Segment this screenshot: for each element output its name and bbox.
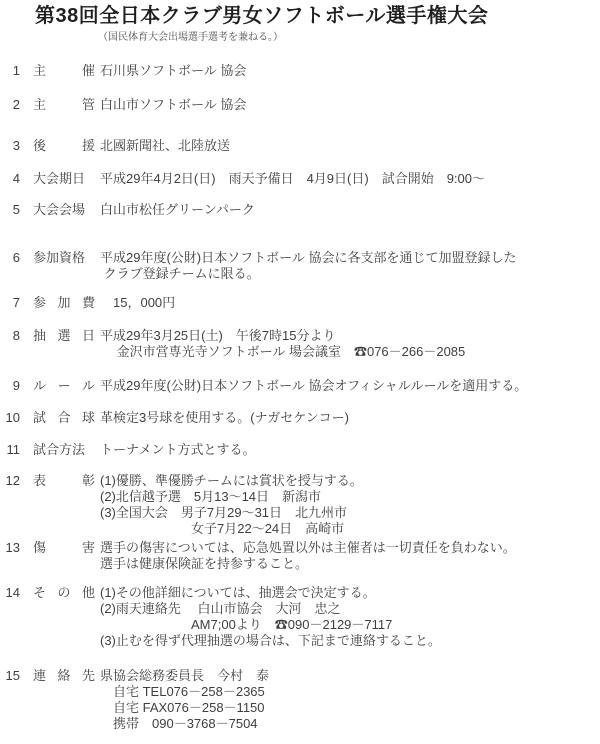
item-number: 5 [0,202,20,218]
item-number: 11 [0,442,20,458]
item-number: 3 [0,138,20,154]
list-item: 10試合球革検定3号球を使用する。(ナガセケンコー) [0,410,600,426]
item-label: 大会期日 [33,171,95,187]
list-item: 1主催石川県ソフトボール 協会 [0,63,600,79]
item-label: 連絡先 [33,668,95,684]
item-content: 平成29年度(公財)日本ソフトボール 協会オフィシャルルールを適用する。 [100,378,600,394]
list-item: 13傷害選手の傷害については、応急処置以外は主催者は一切責任を負わない。 選手は… [0,540,600,572]
numbered-item-list: 1主催石川県ソフトボール 協会2主管白山市ソフトボール 協会3後援北國新聞社、北… [0,63,600,732]
item-content: 平成29年3月25日(土) 午後7時15分より 金沢市営専光寺ソフトボール 場会… [100,328,600,360]
item-number: 9 [0,378,20,394]
item-number: 7 [0,295,20,311]
item-content: (1)優勝、準優勝チームには賞状を授与する。 (2)北信越予選 5月13～14日… [100,473,600,537]
item-label: 参加費 [33,295,95,311]
item-label: 試合球 [33,410,95,426]
item-label: 大会会場 [33,202,95,218]
item-number: 1 [0,63,20,79]
list-item: 12表彰(1)優勝、準優勝チームには賞状を授与する。 (2)北信越予選 5月13… [0,473,600,537]
list-item: 15連絡先県協会総務委員長 今村 泰 自宅 TEL076－258－2365 自宅… [0,668,600,732]
list-item: 8抽選日平成29年3月25日(土) 午後7時15分より 金沢市営専光寺ソフトボー… [0,328,600,360]
item-content: 15，000円 [100,295,600,311]
list-item: 4大会期日平成29年4月2日(日) 雨天予備日 4月9日(日) 試合開始 9:0… [0,171,600,187]
item-content: 革検定3号球を使用する。(ナガセケンコー) [100,410,600,426]
item-label: 参加資格 [33,250,95,266]
item-content: 白山市松任グリーンパーク [100,202,600,218]
item-number: 15 [0,668,20,684]
list-item: 5大会会場白山市松任グリーンパーク [0,202,600,218]
item-label: 主催 [33,63,95,79]
list-item: 14その他(1)その他詳細については、抽選会で決定する。 (2)雨天連絡先 白山… [0,585,600,649]
item-label: 試合方法 [33,442,95,458]
page-subtitle: （国民体育大会出場選手選考を兼ねる。） [98,30,600,46]
item-number: 12 [0,473,20,489]
list-item: 9ルール平成29年度(公財)日本ソフトボール 協会オフィシャルルールを適用する。 [0,378,600,394]
list-item: 6参加資格平成29年度(公財)日本ソフトボール 協会に各支部を通じて加盟登録した… [0,250,600,282]
item-label: 表彰 [33,473,95,489]
item-label: その他 [33,585,95,601]
item-number: 8 [0,328,20,344]
item-content: 平成29年度(公財)日本ソフトボール 協会に各支部を通じて加盟登録した クラブ登… [100,250,600,282]
item-content: 白山市ソフトボール 協会 [100,97,600,113]
item-content: 石川県ソフトボール 協会 [100,63,600,79]
item-label: 傷害 [33,540,95,556]
list-item: 11試合方法トーナメント方式とする。 [0,442,600,458]
item-number: 2 [0,97,20,113]
item-content: トーナメント方式とする。 [100,442,600,458]
list-item: 2主管白山市ソフトボール 協会 [0,97,600,113]
item-number: 13 [0,540,20,556]
document-page: 第38回全日本クラブ男女ソフトボール選手権大会 （国民体育大会出場選手選考を兼ね… [0,0,600,732]
item-number: 10 [0,410,20,426]
item-content: 平成29年4月2日(日) 雨天予備日 4月9日(日) 試合開始 9:00～ [100,171,600,187]
page-title: 第38回全日本クラブ男女ソフトボール選手権大会 [35,4,600,28]
item-content: (1)その他詳細については、抽選会で決定する。 (2)雨天連絡先 白山市協会 大… [100,585,600,649]
item-number: 4 [0,171,20,187]
item-label: ルール [33,378,95,394]
list-item: 7参加費 15，000円 [0,295,600,311]
item-label: 主管 [33,97,95,113]
item-number: 14 [0,585,20,601]
item-number: 6 [0,250,20,266]
list-item: 3後援北國新聞社、北陸放送 [0,138,600,154]
item-label: 抽選日 [33,328,95,344]
item-content: 北國新聞社、北陸放送 [100,138,600,154]
item-content: 県協会総務委員長 今村 泰 自宅 TEL076－258－2365 自宅 FAX0… [100,668,600,732]
item-content: 選手の傷害については、応急処置以外は主催者は一切責任を負わない。 選手は健康保険… [100,540,600,572]
item-label: 後援 [33,138,95,154]
